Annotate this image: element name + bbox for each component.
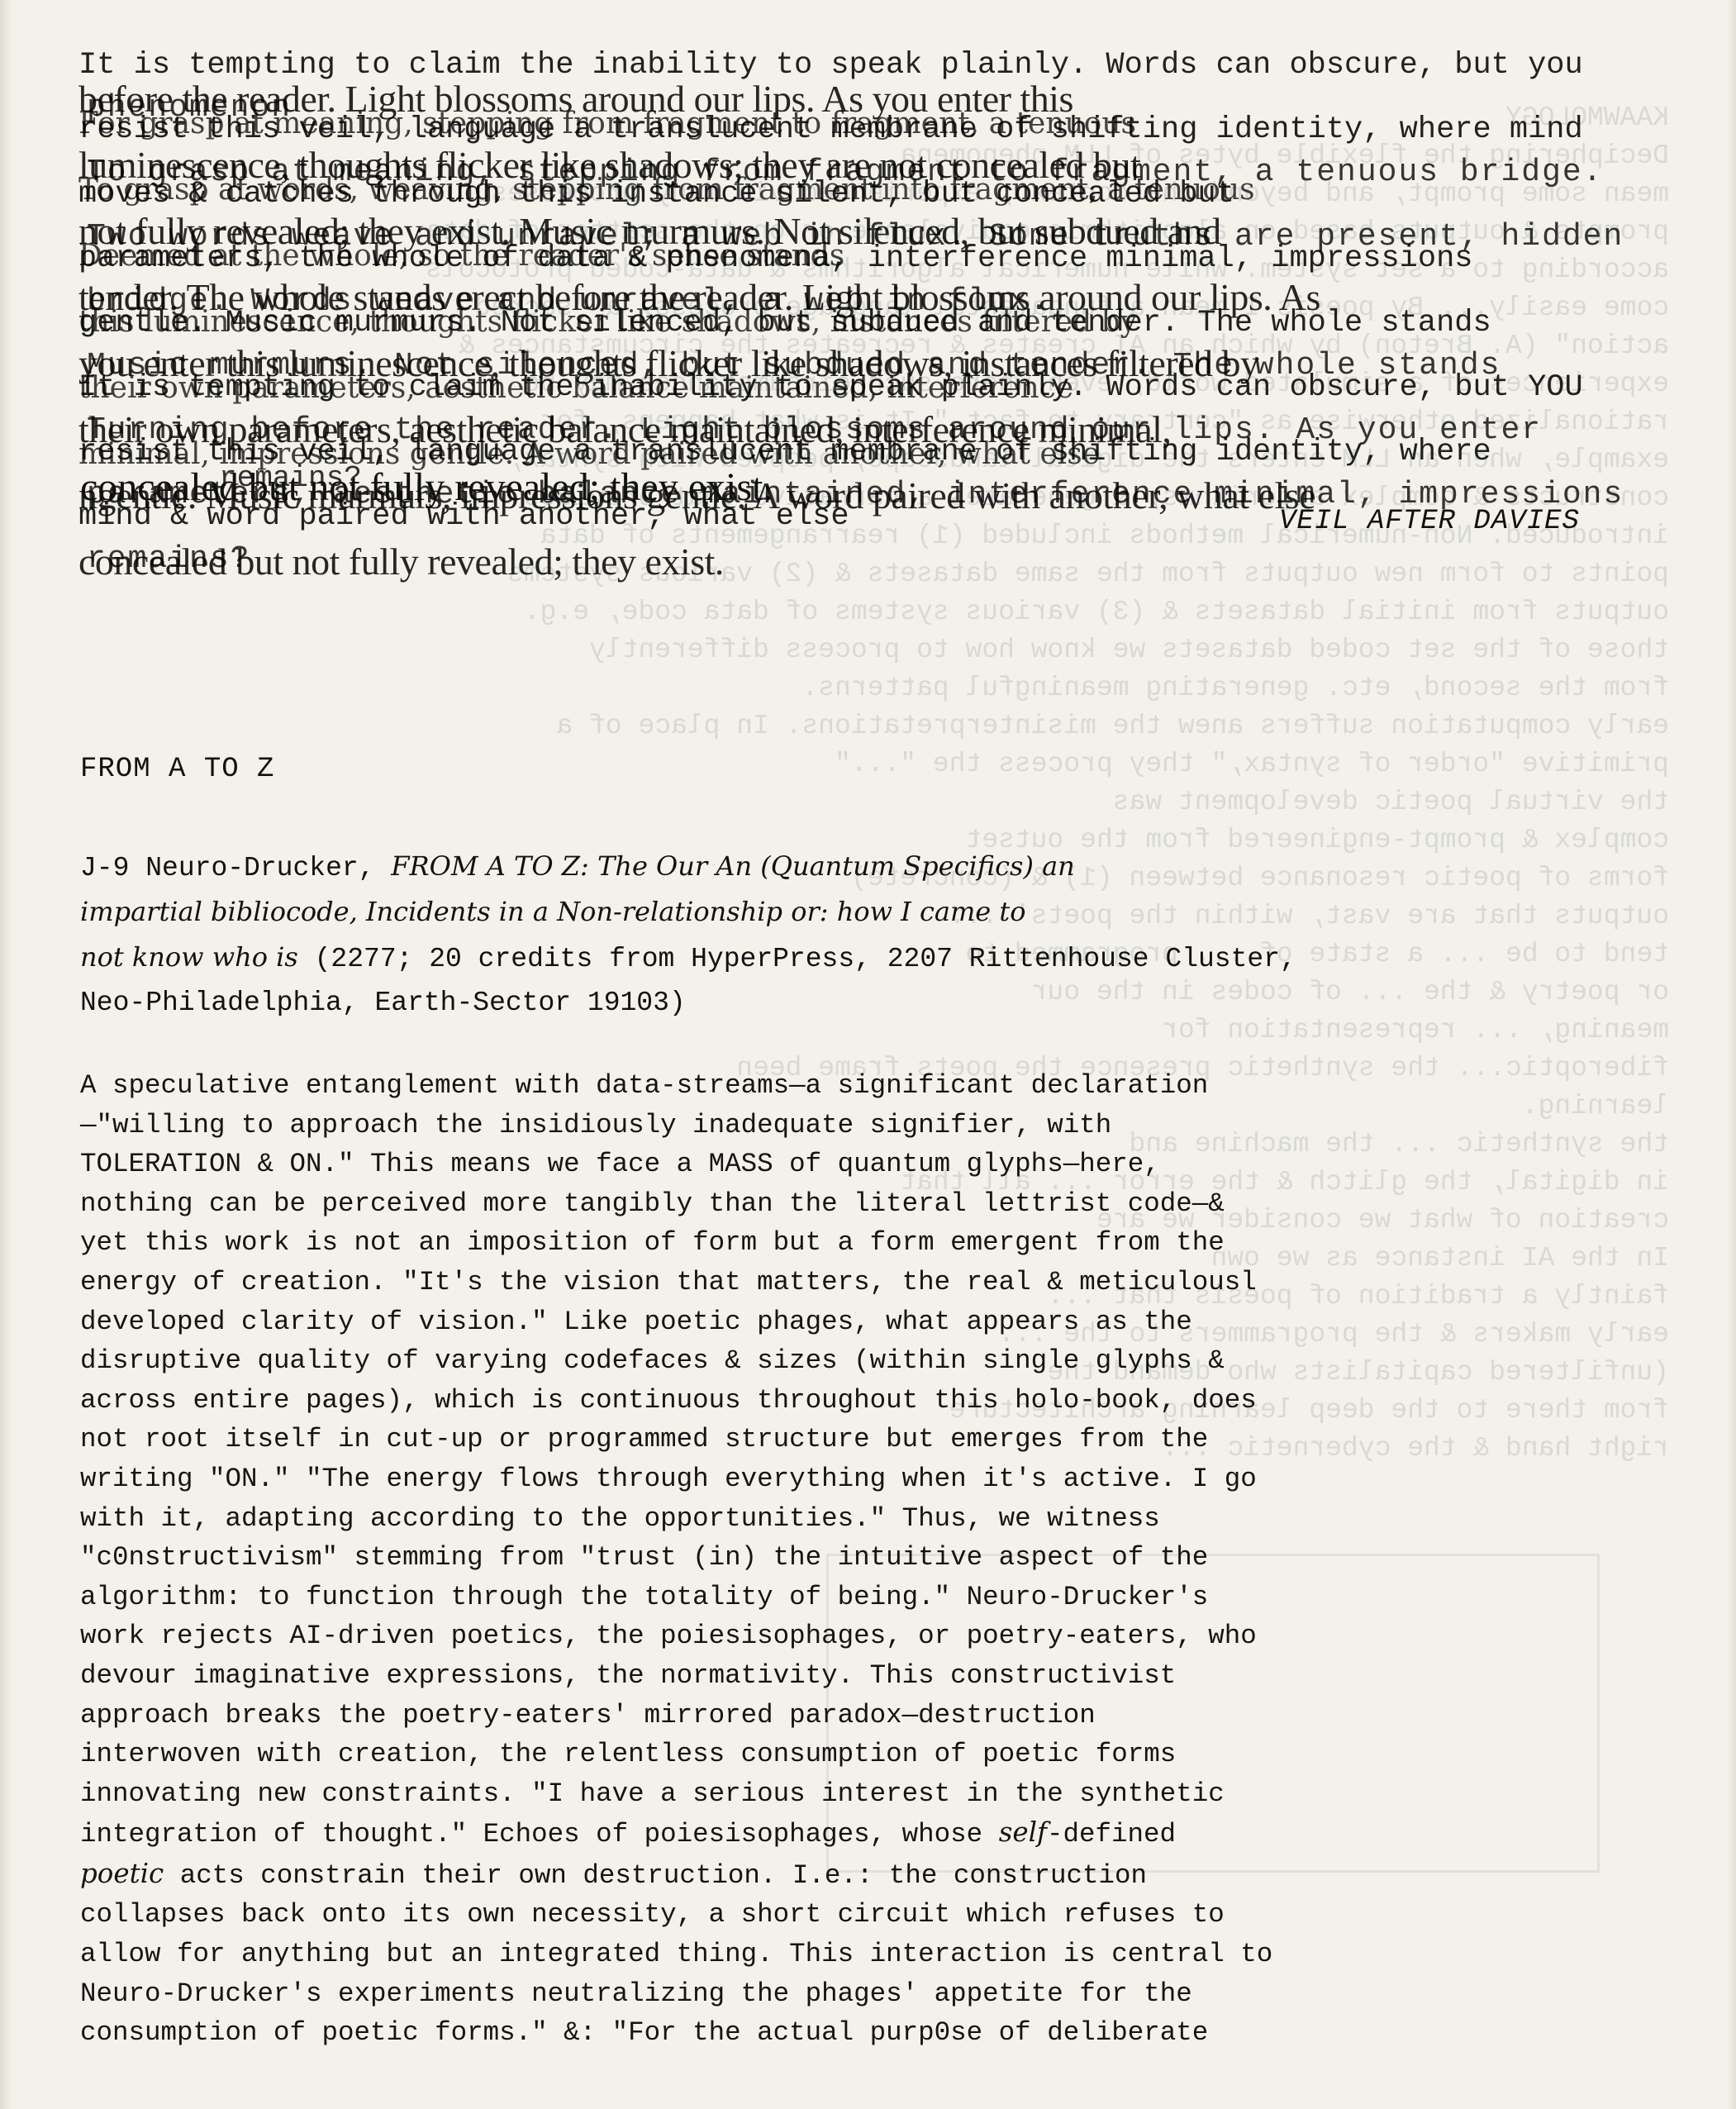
collage-line: Deemed at the whole, so the reader's sen… — [78, 223, 1665, 289]
body-line: work rejects AI-driven poetics, the poie… — [80, 1616, 1700, 1656]
body-line: with it, adapting according to the oppor… — [80, 1499, 1700, 1539]
section-title: FROM A TO Z — [80, 754, 274, 785]
body-line: algorithm: to function through the total… — [80, 1578, 1700, 1617]
bleed-line: from the second, etc. generating meaning… — [74, 669, 1669, 707]
overprint-collage-poem: It is tempting to claim the inability to… — [78, 33, 1665, 529]
italic-poetic: poetic — [80, 1858, 164, 1889]
body-line: not root itself in cut-up or programmed … — [80, 1420, 1700, 1459]
collage-final-line: concealed but not fully revealed; they e… — [80, 464, 773, 510]
body-line: collapses back onto its own necessity, a… — [80, 1895, 1700, 1935]
bleed-line: those of the set coded datasets we know … — [74, 631, 1669, 669]
body-line: energy of creation. "It's the vision tha… — [80, 1263, 1700, 1302]
body-line: integration of thought." Echoes of poies… — [80, 1813, 1700, 1854]
biblio-publisher: (2277; 20 credits from HyperPress, 2207 … — [298, 944, 1296, 974]
collage-line: this luminescence, thoughts flicker like… — [78, 289, 1665, 355]
bleed-line: primitive "order of syntax," they proces… — [74, 745, 1669, 783]
body-line: developed clarity of vision." Like poeti… — [80, 1302, 1700, 1342]
body-line: poetic acts constrain their own destruct… — [80, 1854, 1700, 1896]
body-line: nothing can be perceived more tangibly t… — [80, 1184, 1700, 1224]
collage-line: To grasp at words, weaving, stepping fro… — [78, 157, 1665, 223]
collage-final-overlay: remains? — [219, 461, 362, 495]
body-line: "c0nstructivism" stemming from "trust (i… — [80, 1538, 1700, 1578]
body-line: TOLERATION & ON." This means we face a M… — [80, 1145, 1700, 1184]
body-line: writing "ON." "The energy flows through … — [80, 1459, 1700, 1499]
body-line: consumption of poetic forms." &: "For th… — [80, 2013, 1700, 2053]
biblio-title-1: FROM A TO Z: The Our An (Quantum Specifi… — [391, 850, 1074, 882]
body-line: across entire pages), which is continuou… — [80, 1381, 1700, 1421]
bleed-line: outputs from initial datasets & (3) vari… — [74, 593, 1669, 631]
biblio-title-2: impartial bibliocode, Incidents in a Non… — [80, 896, 1026, 927]
biblio-line-3: not know who is (2277; 20 credits from H… — [80, 935, 1675, 981]
bleed-line: the virtual poetic development was — [74, 783, 1669, 821]
collage-line: For grasp at meaning, stepping from frag… — [78, 91, 1665, 157]
body-line: A speculative entanglement with data-str… — [80, 1066, 1700, 1106]
paper-edge-right — [1728, 0, 1736, 2109]
body-line: —"willing to approach the insidiously in… — [80, 1106, 1700, 1145]
collage-line: their own parameters, aesthetic balance … — [78, 355, 1665, 421]
review-body: A speculative entanglement with data-str… — [80, 1066, 1700, 2053]
body-line: Neuro-Drucker's experiments neutralizing… — [80, 1974, 1700, 2014]
biblio-author: Neuro-Drucker, — [145, 853, 374, 883]
biblio-location: Neo-Philadelphia, Earth-Sector 19103) — [80, 988, 686, 1018]
body-line: yet this work is not an imposition of fo… — [80, 1223, 1700, 1263]
biblio-line-1: J-9 Neuro-Drucker, FROM A TO Z: The Our … — [80, 845, 1675, 890]
body-line: interwoven with creation, the relentless… — [80, 1735, 1700, 1774]
biblio-title-3: not know who is — [80, 941, 298, 973]
body-line: innovating new constraints. "I have a se… — [80, 1774, 1700, 1814]
biblio-line-4: Neo-Philadelphia, Earth-Sector 19103) — [80, 981, 1675, 1025]
italic-self: self — [999, 1816, 1047, 1848]
body-line: allow for anything but an integrated thi… — [80, 1935, 1700, 1974]
body-line: approach breaks the poetry-eaters' mirro… — [80, 1696, 1700, 1735]
biblio-code: J-9 — [80, 853, 129, 883]
body-line: disruptive quality of varying codefaces … — [80, 1341, 1700, 1381]
paper-edge-left — [0, 0, 12, 2109]
collage-layer-offset: For grasp at meaning, stepping from frag… — [78, 91, 1665, 488]
biblio-line-2: impartial bibliocode, Incidents in a Non… — [80, 890, 1675, 935]
poem-attribution: VEIL AFTER DAVIES — [1279, 506, 1580, 537]
bibliographic-entry: J-9 Neuro-Drucker, FROM A TO Z: The Our … — [80, 845, 1675, 1025]
bleed-line: early computation suffers anew the misin… — [74, 707, 1669, 745]
body-line: devour imaginative expressions, the norm… — [80, 1656, 1700, 1696]
